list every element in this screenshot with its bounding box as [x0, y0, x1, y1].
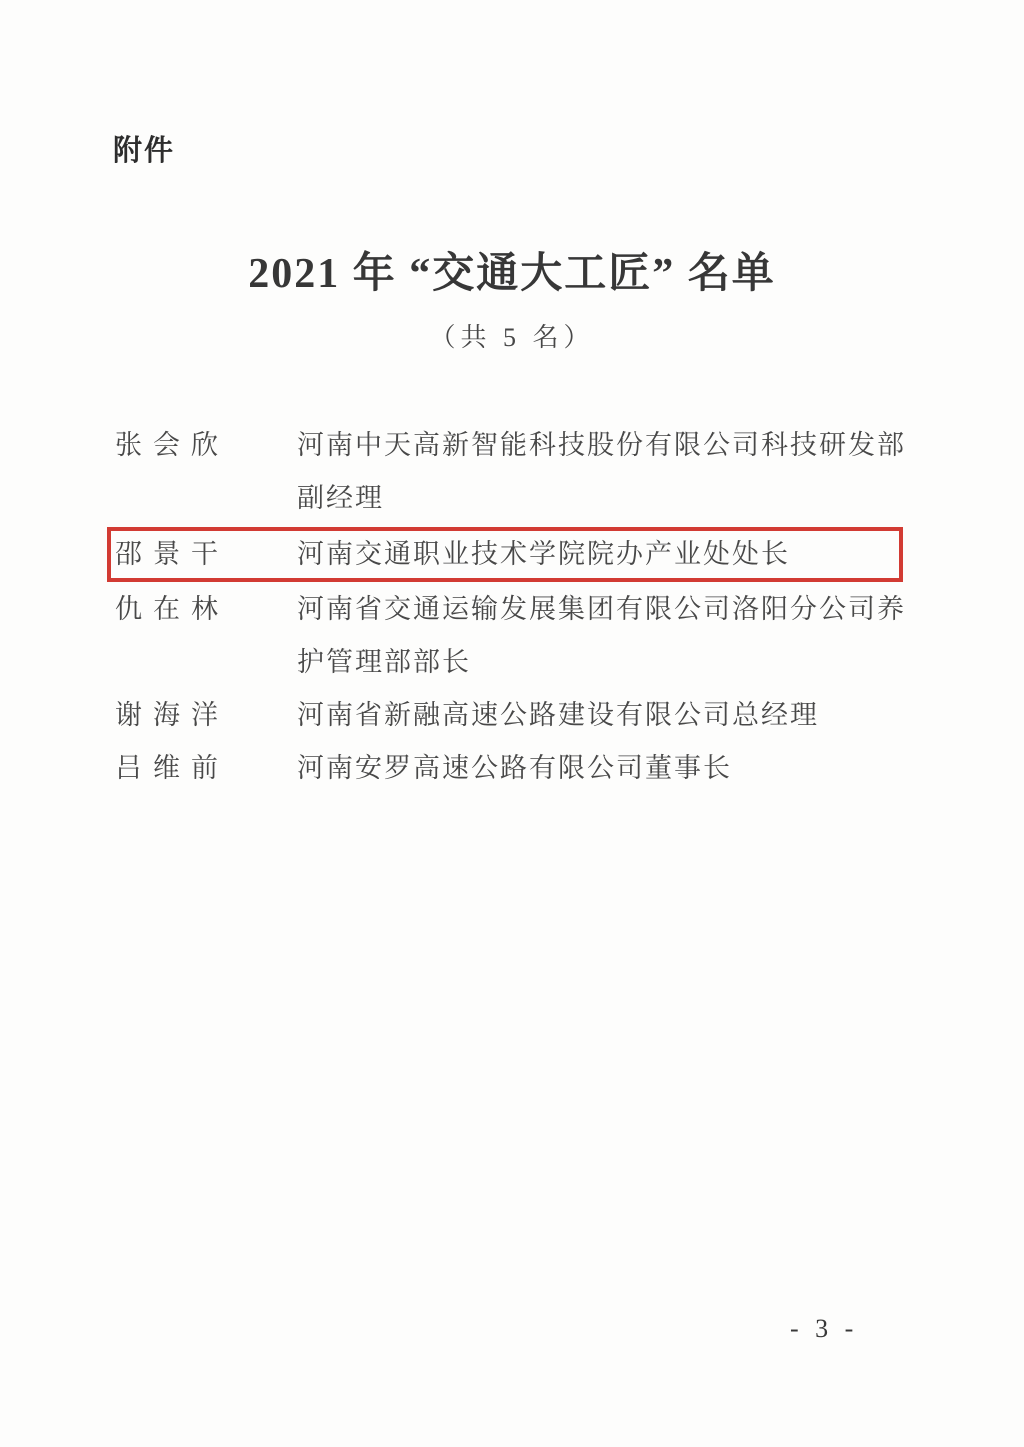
person-name: 吕维前 — [115, 742, 297, 795]
list-item: 谢海洋 河南省新融高速公路建设有限公司总经理 — [115, 689, 909, 742]
position-line: 河南交通职业技术学院院办产业处处长 — [297, 528, 909, 581]
person-name: 谢海洋 — [115, 689, 297, 742]
position-line: 河南中天高新智能科技股份有限公司科技研发部 — [297, 419, 909, 472]
position-line: 河南省新融高速公路建设有限公司总经理 — [297, 689, 909, 742]
person-position: 河南省新融高速公路建设有限公司总经理 — [297, 689, 909, 742]
position-line: 河南省交通运输发展集团有限公司洛阳分公司养 — [297, 583, 909, 636]
page-number: - 3 - — [790, 1314, 858, 1344]
list-item: 仇在林 河南省交通运输发展集团有限公司洛阳分公司养 护管理部部长 — [115, 583, 909, 689]
person-name: 仇在林 — [115, 583, 297, 636]
document-page: 附件 2021 年 “交通大工匠” 名单 （共 5 名） 张会欣 河南中天高新智… — [0, 0, 1024, 1447]
list-item: 张会欣 河南中天高新智能科技股份有限公司科技研发部 副经理 — [115, 419, 909, 525]
person-position: 河南中天高新智能科技股份有限公司科技研发部 副经理 — [297, 419, 909, 525]
position-line: 护管理部部长 — [297, 636, 909, 689]
position-line: 河南安罗高速公路有限公司董事长 — [297, 742, 909, 795]
person-position: 河南省交通运输发展集团有限公司洛阳分公司养 护管理部部长 — [297, 583, 909, 689]
person-position: 河南安罗高速公路有限公司董事长 — [297, 742, 909, 795]
awardee-list: 张会欣 河南中天高新智能科技股份有限公司科技研发部 副经理 邵景干 河南交通职业… — [115, 419, 909, 795]
person-name: 邵景干 — [115, 528, 297, 581]
attachment-label: 附件 — [113, 128, 175, 169]
person-name: 张会欣 — [115, 419, 297, 472]
person-position: 河南交通职业技术学院院办产业处处长 — [297, 528, 909, 581]
position-line: 副经理 — [297, 472, 909, 525]
page-title: 2021 年 “交通大工匠” 名单 — [0, 246, 1024, 303]
page-subtitle: （共 5 名） — [0, 319, 1024, 357]
list-item: 吕维前 河南安罗高速公路有限公司董事长 — [115, 742, 909, 795]
list-item-highlighted: 邵景干 河南交通职业技术学院院办产业处处长 — [115, 528, 909, 581]
